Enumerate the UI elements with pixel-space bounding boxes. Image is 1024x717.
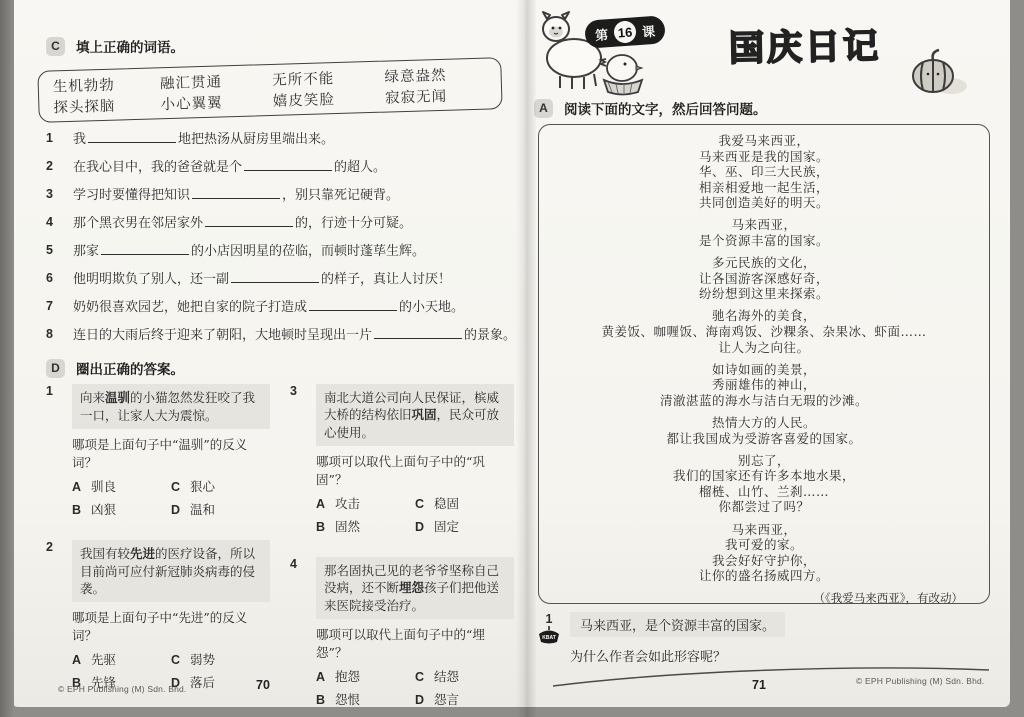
poem-line: 榴梿、山竹、兰刹…… <box>539 484 989 500</box>
poem-line: 别忘了， <box>539 453 989 469</box>
option-text: 攻击 <box>335 496 360 511</box>
item-number: 6 <box>46 270 73 289</box>
option-label: B <box>72 503 81 517</box>
option-text: 驯良 <box>91 479 116 494</box>
quiz-question: 4那名固执己见的老爷爷坚称自己没病，还不断埋怨孩子们把他送来医院接受治疗。哪项可… <box>290 557 514 708</box>
poem-source: （《我爱马来西亚》，有改动） <box>539 590 989 606</box>
option-label: A <box>72 480 81 494</box>
poem-line: 马来西亚， <box>539 217 989 233</box>
kbat-icon: KBAT <box>537 626 561 644</box>
highlighted-word: 温驯 <box>105 391 130 405</box>
option-label: C <box>171 653 180 667</box>
highlighted-word: 先进 <box>130 547 155 561</box>
option: D温和 <box>171 500 270 518</box>
poem-stanza: 如诗如画的美景，秀丽雄伟的神山，清澈湛蓝的海水与洁白无瑕的沙滩。 <box>539 362 989 409</box>
item-text: 那个黑衣男在邻居家外的，行迹十分可疑。 <box>73 214 412 233</box>
option-label: B <box>316 520 325 534</box>
option-label: D <box>415 520 424 534</box>
word-bank-term: 绿意盎然 <box>384 63 487 87</box>
option: A攻击 <box>316 494 415 512</box>
poem-line: 让各国游客深感好奇， <box>539 271 989 287</box>
option: B固然 <box>316 517 415 535</box>
answer-blank <box>101 242 189 255</box>
section-a-title: 阅读下面的文字，然后回答问题。 <box>564 98 767 118</box>
poem-line: 相亲相爱地一起生活， <box>539 180 989 196</box>
item-number: 1 <box>46 130 73 149</box>
option: A先驱 <box>72 650 171 668</box>
answer-blank <box>88 130 176 143</box>
answer-blank <box>205 214 293 227</box>
option-text: 怨言 <box>434 692 459 707</box>
poem-stanza: 我爱马来西亚，马来西亚是我的国家。华、巫、印三大民族，相亲相爱地一起生活，共同创… <box>539 133 989 211</box>
item-text: 他明明欺负了别人，还一副的样子，真让人讨厌！ <box>73 270 451 289</box>
poem-line: 马来西亚是我的国家。 <box>539 149 989 165</box>
option-label: C <box>171 480 180 494</box>
item-text: 在我心目中，我的爸爸就是个的超人。 <box>73 158 386 177</box>
poem-line: 让你的盛名扬威四方。 <box>539 568 989 584</box>
option: C稳固 <box>415 494 514 512</box>
poem-line: 你都尝过了吗？ <box>539 499 989 515</box>
poem-line: 我爱马来西亚， <box>539 133 989 149</box>
item-text: 奶奶很喜欢园艺，她把自家的院子打造成的小天地。 <box>73 298 464 317</box>
options-grid: A驯良B凶狠C狠心D温和 <box>72 477 270 518</box>
left-page-number: 70 <box>256 678 270 692</box>
poem-line: 清澈湛蓝的海水与洁白无瑕的沙滩。 <box>539 393 989 409</box>
answer-blank <box>374 326 462 339</box>
option: C结怨 <box>415 667 514 685</box>
word-bank-term: 探头探脑 <box>53 93 161 117</box>
quiz-question: 1向来温驯的小猫忽然发狂咬了我一口，让家人大为震惊。哪项是上面句子中“温驯”的反… <box>46 384 270 518</box>
lesson-number-badge: 第 16 课 <box>584 15 666 49</box>
option-text: 凶狠 <box>91 502 116 517</box>
question-sentence-box: 那名固执己见的老爷爷坚称自己没病，还不断埋怨孩子们把他送来医院接受治疗。 <box>316 557 514 619</box>
question-prompt: 哪项是上面句子中“温驯”的反义词？ <box>72 436 270 471</box>
question-number: 2 <box>46 540 63 691</box>
fill-items: 1我地把热汤从厨房里端出来。2在我心目中，我的爸爸就是个的超人。3学习时要懂得把… <box>46 130 518 345</box>
lesson-number: 16 <box>613 20 636 43</box>
answer-blank <box>244 158 332 171</box>
right-page-number: 71 <box>752 678 766 692</box>
fill-item: 7奶奶很喜欢园艺，她把自家的院子打造成的小天地。 <box>46 298 518 317</box>
section-c-title: 填上正确的词语。 <box>76 36 184 56</box>
poem-line: 是个资源丰富的国家。 <box>539 233 989 249</box>
fill-item: 1我地把热汤从厨房里端出来。 <box>46 130 518 149</box>
answer-blank <box>231 270 319 283</box>
question-body: 我国有较先进的医疗设备，所以目前尚可应付新冠肺炎病毒的侵袭。哪项是上面句子中“先… <box>72 540 270 691</box>
item-number: 8 <box>46 326 73 345</box>
fill-item: 6他明明欺负了别人，还一副的样子，真让人讨厌！ <box>46 270 518 289</box>
fill-item: 2在我心目中，我的爸爸就是个的超人。 <box>46 158 518 177</box>
item-number: 2 <box>46 158 73 177</box>
highlighted-word: 埋怨 <box>399 581 424 595</box>
item-number: 7 <box>46 298 73 317</box>
option-label: D <box>171 503 180 517</box>
option-text: 弱势 <box>190 652 215 667</box>
quiz-question: 3南北大道公司向人民保证，槟威大桥的结构依旧巩固，民众可放心使用。哪项可以取代上… <box>290 384 514 535</box>
option: C狠心 <box>171 477 270 495</box>
reading-passage-box: 我爱马来西亚，马来西亚是我的国家。华、巫、印三大民族，相亲相爱地一起生活，共同创… <box>538 124 990 604</box>
section-a-header: A 阅读下面的文字，然后回答问题。 <box>534 98 767 118</box>
poem-line: 秀丽雄伟的神山， <box>539 377 989 393</box>
option-label: C <box>415 497 424 511</box>
option-label: B <box>316 693 325 707</box>
question-body: 向来温驯的小猫忽然发狂咬了我一口，让家人大为震惊。哪项是上面句子中“温驯”的反义… <box>72 384 270 518</box>
question-1-quote: 马来西亚，是个资源丰富的国家。 <box>570 612 785 637</box>
scanned-workbook-spread: C 填上正确的词语。 生机勃勃融汇贯通无所不能绿意盎然探头探脑小心翼翼嬉皮笑脸寂… <box>0 0 1024 717</box>
options-grid: A攻击B固然C稳固D固定 <box>316 494 514 535</box>
question-prompt: 哪项可以取代上面句子中的“巩固”？ <box>316 453 514 488</box>
poem-line: 我可爱的家。 <box>539 537 989 553</box>
kbat-label: KBAT <box>542 635 556 641</box>
multiple-choice-section: 1向来温驯的小猫忽然发狂咬了我一口，让家人大为震惊。哪项是上面句子中“温驯”的反… <box>46 384 518 708</box>
option: D固定 <box>415 517 514 535</box>
poem-line: 我会好好守护你， <box>539 553 989 569</box>
word-bank-term: 寂寂无闻 <box>385 84 488 108</box>
poem-stanza: 别忘了，我们的国家还有许多本地水果，榴梿、山竹、兰刹……你都尝过了吗？ <box>539 453 989 515</box>
option-text: 固然 <box>335 519 360 534</box>
option-label: A <box>316 497 325 511</box>
item-number: 4 <box>46 214 73 233</box>
lesson-suffix: 课 <box>641 20 655 40</box>
quiz-question: 2我国有较先进的医疗设备，所以目前尚可应付新冠肺炎病毒的侵袭。哪项是上面句子中“… <box>46 540 270 691</box>
question-1-number: 1 <box>546 612 553 626</box>
option: A抱怨 <box>316 667 415 685</box>
option-label: C <box>415 670 424 684</box>
poem-line: 热情大方的人民。 <box>539 415 989 431</box>
option-label: A <box>72 653 81 667</box>
section-d-header: D 圈出正确的答案。 <box>46 358 184 378</box>
item-text: 连日的大雨后终于迎来了朝阳，大地顿时呈现出一片的景象。 <box>73 326 516 345</box>
option-text: 怨恨 <box>335 692 360 707</box>
pumpkin-illustration <box>903 46 969 98</box>
fill-item: 3学习时要懂得把知识，别只靠死记硬背。 <box>46 186 518 205</box>
option: B怨恨 <box>316 690 415 708</box>
lesson-title: 国庆日记 <box>700 18 911 72</box>
scan-left-edge <box>0 0 14 717</box>
page-crease <box>516 0 536 717</box>
option-text: 先驱 <box>91 652 116 667</box>
lesson-prefix: 第 <box>594 24 608 44</box>
poem-line: 华、巫、印三大民族， <box>539 164 989 180</box>
right-page-copyright: © EPH Publishing (M) Sdn. Bhd. <box>856 676 984 686</box>
poem-line: 黄姜饭、咖喱饭、海南鸡饭、沙粿条、杂果冰、虾面…… <box>539 324 989 340</box>
chicken-in-basket-illustration <box>592 46 654 96</box>
option: B凶狠 <box>72 500 171 518</box>
item-text: 学习时要懂得把知识，别只靠死记硬背。 <box>73 186 399 205</box>
poem-line: 如诗如画的美景， <box>539 362 989 378</box>
question-number: 4 <box>290 557 307 708</box>
question-prompt: 哪项是上面句子中“先进”的反义词？ <box>72 609 270 644</box>
question-sentence-box: 南北大道公司向人民保证，槟威大桥的结构依旧巩固，民众可放心使用。 <box>316 384 514 446</box>
section-c-badge: C <box>46 37 65 56</box>
fill-item: 8连日的大雨后终于迎来了朝阳，大地顿时呈现出一片的景象。 <box>46 326 518 345</box>
quiz-column-left: 1向来温驯的小猫忽然发狂咬了我一口，让家人大为震惊。哪项是上面句子中“温驯”的反… <box>46 384 270 708</box>
question-number: 3 <box>290 384 307 535</box>
question-body: 那名固执己见的老爷爷坚称自己没病，还不断埋怨孩子们把他送来医院接受治疗。哪项可以… <box>316 557 514 708</box>
item-text: 那家的小店因明星的莅临，而顿时蓬荜生辉。 <box>73 242 425 261</box>
question-sentence-box: 我国有较先进的医疗设备，所以目前尚可应付新冠肺炎病毒的侵袭。 <box>72 540 270 602</box>
highlighted-word: 巩固 <box>412 408 437 422</box>
quiz-column-right: 3南北大道公司向人民保证，槟威大桥的结构依旧巩固，民众可放心使用。哪项可以取代上… <box>290 384 514 708</box>
answer-blank <box>309 298 397 311</box>
section-d-title: 圈出正确的答案。 <box>76 358 184 378</box>
left-page-copyright: © EPH Publishing (M) Sdn. Bhd. <box>58 684 186 694</box>
answer-blank <box>192 186 280 199</box>
question-body: 南北大道公司向人民保证，槟威大桥的结构依旧巩固，民众可放心使用。哪项可以取代上面… <box>316 384 514 535</box>
word-bank-term: 小心翼翼 <box>160 90 273 114</box>
item-number: 3 <box>46 186 73 205</box>
section-c-header: C 填上正确的词语。 <box>46 36 184 56</box>
poem-line: 马来西亚， <box>539 522 989 538</box>
poem-line: 驰名海外的美食， <box>539 308 989 324</box>
question-sentence-box: 向来温驯的小猫忽然发狂咬了我一口，让家人大为震惊。 <box>72 384 270 429</box>
option: C弱势 <box>171 650 270 668</box>
fill-item: 5那家的小店因明星的莅临，而顿时蓬荜生辉。 <box>46 242 518 261</box>
fill-item: 4那个黑衣男在邻居家外的，行迹十分可疑。 <box>46 214 518 233</box>
poem-stanza: 多元民族的文化，让各国游客深感好奇，纷纷想到这里来探索。 <box>539 255 989 302</box>
poem-line: 纷纷想到这里来探索。 <box>539 286 989 302</box>
option: D怨言 <box>415 690 514 708</box>
poem-stanza: 马来西亚，我可爱的家。我会好好守护你，让你的盛名扬威四方。 <box>539 522 989 584</box>
item-text: 我地把热汤从厨房里端出来。 <box>73 130 334 149</box>
option-text: 温和 <box>190 502 215 517</box>
option-text: 抱怨 <box>335 669 360 684</box>
poem-line: 我们的国家还有许多本地水果， <box>539 468 989 484</box>
option-label: A <box>316 670 325 684</box>
poem-stanzas: 我爱马来西亚，马来西亚是我的国家。华、巫、印三大民族，相亲相爱地一起生活，共同创… <box>539 133 989 584</box>
poem-line: 共同创造美好的明天。 <box>539 195 989 211</box>
option-text: 落后 <box>190 675 215 690</box>
item-number: 5 <box>46 242 73 261</box>
option-text: 结怨 <box>434 669 459 684</box>
poem-stanza: 热情大方的人民。都让我国成为受游客喜爱的国家。 <box>539 415 989 446</box>
option-text: 固定 <box>434 519 459 534</box>
options-grid: A抱怨B怨恨C结怨D怨言 <box>316 667 514 708</box>
question-number: 1 <box>46 384 63 518</box>
section-d-badge: D <box>46 359 65 378</box>
word-bank-term: 嬉皮笑脸 <box>273 87 386 111</box>
poem-line: 都让我国成为受游客喜爱的国家。 <box>539 431 989 447</box>
poem-line: 多元民族的文化， <box>539 255 989 271</box>
option: A驯良 <box>72 477 171 495</box>
poem-stanza: 驰名海外的美食，黄姜饭、咖喱饭、海南鸡饭、沙粿条、杂果冰、虾面……让人为之向往。 <box>539 308 989 355</box>
option-text: 稳固 <box>434 496 459 511</box>
option-text: 狠心 <box>190 479 215 494</box>
poem-line: 让人为之向往。 <box>539 340 989 356</box>
option-label: D <box>415 693 424 707</box>
question-prompt: 哪项可以取代上面句子中的“埋怨”？ <box>316 626 514 661</box>
poem-stanza: 马来西亚，是个资源丰富的国家。 <box>539 217 989 248</box>
section-a-badge: A <box>534 99 553 118</box>
